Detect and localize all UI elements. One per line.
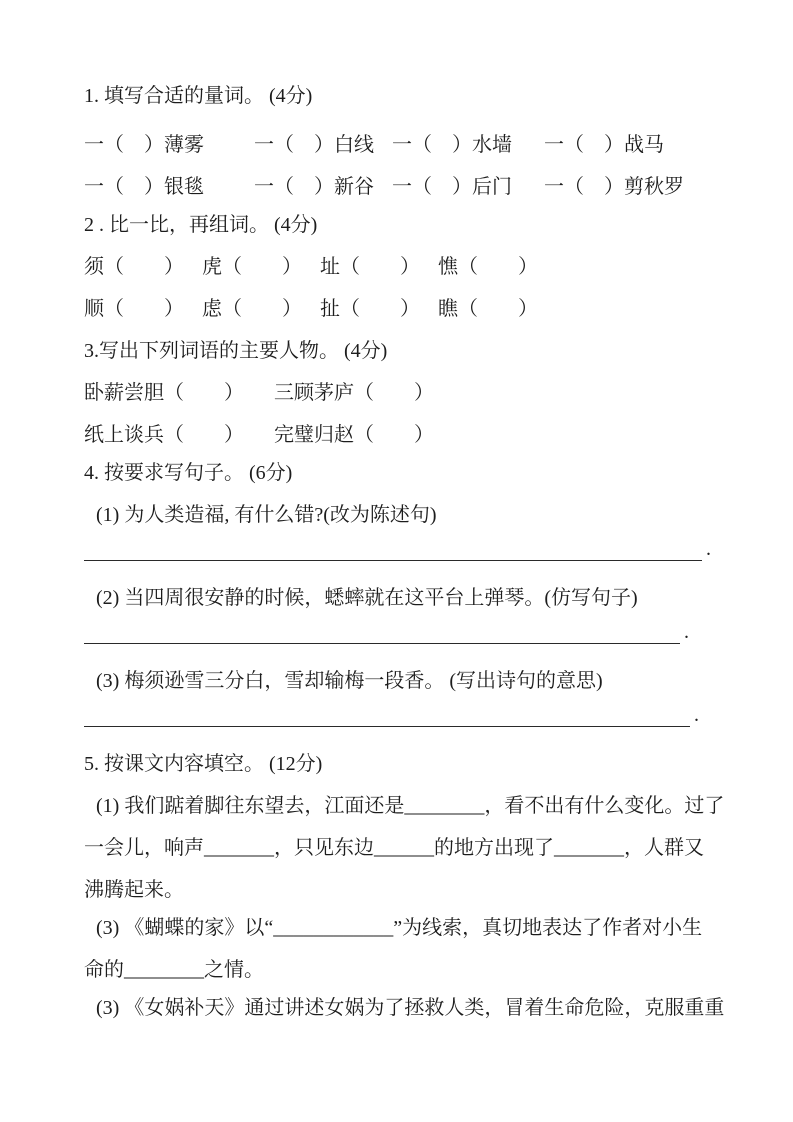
- q1-row-2: 一（ ）银毯 一（ ）新谷 一（ ）后门 一（ ）剪秋罗: [84, 175, 715, 199]
- q4-prompt-2: (2) 当四周很安静的时候，蟋蟀就在这平台上弹琴。(仿写句子): [96, 586, 715, 610]
- q5-item1-line-3: 沸腾起来。: [84, 878, 715, 902]
- q5-item2-line-1: (3) 《蝴蝶的家》以“____________”为线索，真切地表达了作者对小生: [96, 916, 715, 940]
- q2-word-item-7: 扯（ ）: [320, 297, 420, 321]
- question-4-title: 4. 按要求写句子。 (6分): [84, 461, 715, 485]
- q5-item1-line-2: 一会儿，响声_______，只见东边______的地方出现了_______，人群…: [84, 836, 715, 860]
- q3-row-1: 卧薪尝胆（ ） 三顾茅庐（ ）: [84, 381, 715, 405]
- q3-idiom-item-3: 纸上谈兵（ ）: [84, 423, 244, 447]
- q4-prompt-1: (1) 为人类造福, 有什么错?(改为陈述句): [96, 503, 715, 527]
- q2-word-item-1: 须（ ）: [84, 255, 184, 279]
- q4-answer-line-2: .: [84, 620, 715, 644]
- q1-blank-item-5: 一（ ）银毯: [84, 175, 204, 199]
- q1-blank-item-3: 一（ ）水墙: [392, 133, 512, 157]
- question-2-title: 2 . 比一比，再组词。 (4分): [84, 213, 715, 237]
- q5-item2-line-2: 命的________之情。: [84, 958, 715, 982]
- q2-row-1: 须（ ） 虎（ ） 址（ ） 憔（ ）: [84, 255, 715, 279]
- q1-blank-item-1: 一（ ）薄雾: [84, 133, 204, 157]
- q1-blank-item-4: 一（ ）战马: [544, 133, 664, 157]
- q1-row-1: 一（ ）薄雾 一（ ）白线 一（ ）水墙 一（ ）战马: [84, 133, 715, 157]
- q4-answer-line-1: .: [84, 537, 715, 561]
- q3-idiom-item-4: 完璧归赵（ ）: [274, 423, 434, 447]
- q2-word-item-3: 址（ ）: [320, 255, 420, 279]
- q4-answer-line-3: .: [84, 703, 715, 727]
- q2-word-item-8: 瞧（ ）: [438, 297, 538, 321]
- line-end-period-2: .: [684, 620, 689, 644]
- exam-page: 1. 填写合适的量词。 (4分) 一（ ）薄雾 一（ ）白线 一（ ）水墙 一（…: [0, 0, 793, 1122]
- question-3-title: 3.写出下列词语的主要人物。 (4分): [84, 339, 715, 363]
- q4-prompt-3: (3) 梅须逊雪三分白，雪却输梅一段香。 (写出诗句的意思): [96, 669, 715, 693]
- question-5-title: 5. 按课文内容填空。 (12分): [84, 752, 715, 776]
- answer-underline-1: [84, 538, 702, 561]
- answer-underline-2: [84, 621, 680, 644]
- answer-underline-3: [84, 704, 690, 727]
- q1-blank-item-6: 一（ ）新谷: [254, 175, 374, 199]
- line-end-period-3: .: [694, 703, 699, 727]
- q3-idiom-item-2: 三顾茅庐（ ）: [274, 381, 434, 405]
- q5-item3-line-1: (3) 《女娲补天》通过讲述女娲为了拯救人类，冒着生命危险，克服重重: [96, 996, 715, 1020]
- q2-word-item-5: 顺（ ）: [84, 297, 184, 321]
- q3-row-2: 纸上谈兵（ ） 完璧归赵（ ）: [84, 423, 715, 447]
- q2-word-item-2: 虎（ ）: [202, 255, 302, 279]
- q5-item1-line-1: (1) 我们踮着脚往东望去，江面还是________，看不出有什么变化。过了: [96, 794, 715, 818]
- q2-word-item-6: 虑（ ）: [202, 297, 302, 321]
- q1-blank-item-8: 一（ ）剪秋罗: [544, 175, 684, 199]
- q1-blank-item-2: 一（ ）白线: [254, 133, 374, 157]
- q1-blank-item-7: 一（ ）后门: [392, 175, 512, 199]
- q2-word-item-4: 憔（ ）: [438, 255, 538, 279]
- line-end-period-1: .: [706, 537, 711, 561]
- q2-row-2: 顺（ ） 虑（ ） 扯（ ） 瞧（ ）: [84, 297, 715, 321]
- q3-idiom-item-1: 卧薪尝胆（ ）: [84, 381, 244, 405]
- question-1-title: 1. 填写合适的量词。 (4分): [84, 84, 715, 108]
